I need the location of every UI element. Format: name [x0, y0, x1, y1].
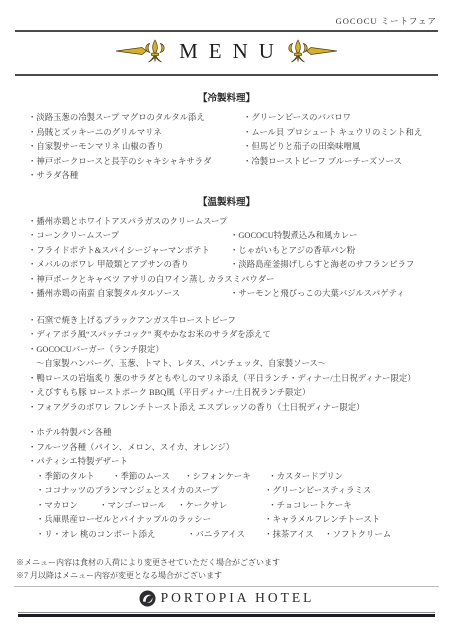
- menu-item: ・冷製ローストビーフ ブルーチーズソース: [243, 155, 443, 170]
- menu-item: ・マンゴーロール: [99, 499, 175, 514]
- menu-item: ・コーンクリームスープ: [28, 229, 230, 244]
- menu-item: ・GOCOCU特製煮込み和風カレー: [230, 229, 443, 244]
- menu-item: [230, 215, 443, 230]
- menu-item: ・但馬どりと茄子の田楽味噌風: [243, 140, 443, 155]
- header-bottom-rule: [15, 74, 438, 76]
- menu-item: ・グリーンピースティラミス: [264, 484, 371, 499]
- menu-item: ・メバルのポワレ 甲殻類とアブサンの香り: [28, 258, 230, 273]
- table-row: ・播州赤鶏の南蛮 自家製タルタルソース ・サーモンと飛びっこの大葉バジルスパゲテ…: [28, 287, 443, 302]
- menu-item: ・サーモンと飛びっこの大葉バジルスパゲティ: [230, 287, 443, 302]
- menu-item: ・グリーンピースのババロワ: [243, 111, 443, 126]
- menu-item: ・フルーツ各種（パイン、メロン、スイカ、オレンジ）: [28, 441, 443, 456]
- menu-item: ・チョコレートケーキ: [268, 499, 351, 514]
- menu-item: ・烏賊とズッキーニのグリルマリネ: [28, 126, 243, 141]
- menu-item: ・ケークサレ: [177, 499, 266, 514]
- menu-item: ・抹茶アイス: [264, 528, 322, 543]
- fleur-de-lis-icon: [115, 39, 167, 63]
- menu-item: ・ホテル特製パン各種: [28, 426, 443, 441]
- menu-item: ・サラダ各種: [28, 169, 243, 184]
- section-title-warm: 【温製料理】: [0, 198, 453, 209]
- fleur-de-lis-icon: [286, 39, 338, 63]
- table-row: ・フライドポテト&スパイシージャーマンポテト ・じゃがいもとアジの香草パン粉: [28, 244, 443, 259]
- table-row: ・自家製サーモンマリネ 山椒の香り ・但馬どりと茄子の田楽味噌風: [28, 140, 443, 155]
- warm-dishes-list: ・播州赤鶏とホワイトアスパラガスのクリームスープ ・コーンクリームスープ ・GO…: [28, 215, 443, 302]
- menu-item: ・石窯で焼き上げるブラックアンガス牛ローストビーフ: [28, 314, 443, 329]
- menu-item: ・ソフトクリーム: [324, 528, 391, 543]
- hotel-logo: PORTOPIA HOTEL: [0, 589, 453, 607]
- table-row: ・兵庫県産ローゼルとパイナップルのラッシー ・キャラメルフレンチトースト: [36, 513, 443, 528]
- menu-item: ・自家製サーモンマリネ 山椒の香り: [28, 140, 243, 155]
- menu-title: MENU: [179, 39, 285, 64]
- table-row: ・季節のタルト ・季節のムース ・シフォンケーキ ・カスタードプリン: [36, 470, 443, 485]
- table-row: ・神戸ポークロースと長芋のシャキシャキサラダ ・冷製ローストビーフ ブルーチーズ…: [28, 155, 443, 170]
- menu-item: ・神戸ポークとキャベツ アサリの白ワイン蒸し カラスミパウダー: [28, 273, 230, 288]
- table-row: ・マカロン ・マンゴーロール ・ケークサレ ・チョコレートケーキ: [36, 499, 443, 514]
- table-row: ・淡路玉葱の冷製スープ マグロのタルタル添え ・グリーンピースのババロワ: [28, 111, 443, 126]
- portopia-logo-icon: [139, 590, 156, 607]
- cold-dishes-list: ・淡路玉葱の冷製スープ マグロのタルタル添え ・グリーンピースのババロワ ・烏賊…: [28, 111, 443, 184]
- fair-title: GOCOCU ミートフェア: [0, 0, 453, 26]
- note-line: ※メニュー内容は食材の入荷により変更させていただく場合がございます: [16, 556, 443, 569]
- footer-top-rule: [14, 586, 439, 587]
- table-row: ・ココナッツのブランマンジェとスイカのスープ ・グリーンピースティラミス: [36, 484, 443, 499]
- menu-item: ・季節のムース: [112, 470, 182, 485]
- hotel-name: PORTOPIA HOTEL: [161, 589, 315, 607]
- special-dishes-list: ・石窯で焼き上げるブラックアンガス牛ローストビーフ ・ディアボラ風“スパッチコッ…: [28, 314, 443, 416]
- menu-item: ・ココナッツのブランマンジェとスイカのスープ: [36, 484, 262, 499]
- section-title-cold: 【冷製料理】: [0, 94, 453, 105]
- menu-item: ・パティシエ特製デザート: [28, 455, 443, 470]
- menu-item: ・ムール貝 プロシュート キュウリのミント和え: [243, 126, 443, 141]
- table-row: ・リ・オレ 桃のコンポート添え ・バニラアイス ・抹茶アイス ・ソフトクリーム: [36, 528, 443, 543]
- menu-item: ・季節のタルト: [36, 470, 110, 485]
- disclaimer-notes: ※メニュー内容は食材の入荷により変更させていただく場合がございます ※7 月以降…: [16, 556, 443, 582]
- menu-item: ・播州赤鶏の南蛮 自家製タルタルソース: [28, 287, 230, 302]
- menu-item: ・兵庫県産ローゼルとパイナップルのラッシー: [36, 513, 262, 528]
- table-row: ・コーンクリームスープ ・GOCOCU特製煮込み和風カレー: [28, 229, 443, 244]
- menu-item: ・リ・オレ 桃のコンポート添え: [36, 528, 185, 543]
- menu-item-note: ～自家製ハンバーグ、玉葱、トマト、レタス、パンチェッタ、自家製ソース～: [28, 357, 443, 372]
- menu-item: ・淡路島産釜揚げしらすと海老のサフランピラフ: [230, 258, 443, 273]
- table-row: ・烏賊とズッキーニのグリルマリネ ・ムール貝 プロシュート キュウリのミント和え: [28, 126, 443, 141]
- menu-item: ・じゃがいもとアジの香草パン粉: [230, 244, 443, 259]
- footer-bottom-rule-thick: [18, 614, 435, 617]
- table-row: ・神戸ポークとキャベツ アサリの白ワイン蒸し カラスミパウダー: [28, 273, 443, 288]
- menu-item: ・マカロン: [36, 499, 97, 514]
- menu-item: ・神戸ポークロースと長芋のシャキシャキサラダ: [28, 155, 243, 170]
- menu-page: GOCOCU ミートフェア MENU: [0, 0, 453, 640]
- menu-item: [243, 169, 443, 184]
- menu-item: ・鴨ロースの岩塩炙り 葱のサラダともやしのマリネ添え（平日ランチ・ディナー/土日…: [28, 372, 443, 387]
- menu-banner: MENU: [0, 32, 453, 70]
- menu-item: ・カスタードプリン: [268, 470, 343, 485]
- menu-item: ・シフォンケーキ: [184, 470, 266, 485]
- table-row: ・播州赤鶏とホワイトアスパラガスのクリームスープ: [28, 215, 443, 230]
- footer-bottom-rule-thin: [18, 612, 435, 613]
- menu-item: ・播州赤鶏とホワイトアスパラガスのクリームスープ: [28, 215, 230, 230]
- dessert-sublist: ・季節のタルト ・季節のムース ・シフォンケーキ ・カスタードプリン ・ココナッ…: [36, 470, 443, 543]
- menu-item: ・淡路玉葱の冷製スープ マグロのタルタル添え: [28, 111, 243, 126]
- sweets-list: ・ホテル特製パン各種 ・フルーツ各種（パイン、メロン、スイカ、オレンジ） ・パテ…: [28, 426, 443, 542]
- menu-item: ・キャラメルフレンチトースト: [264, 513, 380, 528]
- menu-item: ・フォアグラのポワレ フレンチトースト添え エスプレッソの香り（土日祝ディナー限…: [28, 401, 443, 416]
- menu-item: ・ディアボラ風“スパッチコック” 爽やかなお米のサラダを添えて: [28, 328, 443, 343]
- table-row: ・メバルのポワレ 甲殻類とアブサンの香り ・淡路島産釜揚げしらすと海老のサフラン…: [28, 258, 443, 273]
- menu-item: ・バニラアイス: [187, 528, 262, 543]
- menu-item: [230, 273, 443, 288]
- menu-item: ・GOCOCUバーガー（ランチ限定）: [28, 343, 443, 358]
- note-line: ※7 月以降はメニュー内容が変更となる場合がございます: [16, 569, 443, 582]
- menu-item: ・えびすもち豚 ローストポーク BBQ風（平日ディナー/土日祝ランチ限定）: [28, 386, 443, 401]
- menu-item: ・フライドポテト&スパイシージャーマンポテト: [28, 244, 230, 259]
- table-row: ・サラダ各種: [28, 169, 443, 184]
